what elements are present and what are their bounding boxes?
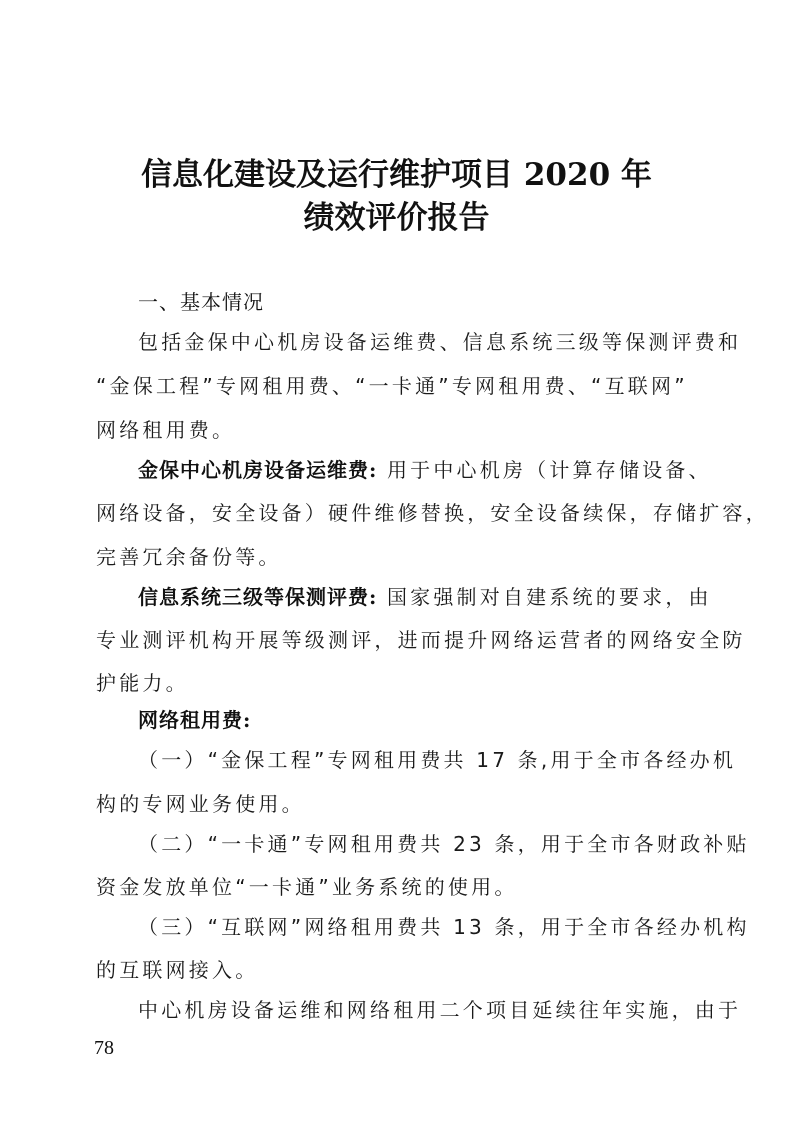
sub3-line-2: 的互联网接入。	[96, 956, 700, 984]
item2-paragraph-line-2: 专业测评机构开展等级测评，进而提升网络运营者的网络安全防	[96, 626, 700, 654]
item1-label: 金保中心机房设备运维费	[138, 458, 369, 482]
sub1-line-2: 构的专网业务使用。	[96, 790, 700, 818]
item3-colon: :	[243, 708, 251, 732]
intro-paragraph-line-2: “金保工程”专网租用费、“一卡通”专网租用费、“互联网”	[96, 372, 700, 400]
item1-paragraph-line-2: 网络设备，安全设备）硬件维修替换，安全设备续保，存储扩容，	[96, 499, 700, 527]
intro-paragraph-line-3: 网络租用费。	[96, 416, 700, 444]
item2-text: 国家强制对自建系统的要求，由	[377, 585, 711, 609]
sub1-line-1: （一）“金保工程”专网租用费共 17 条,用于全市各经办机	[138, 746, 700, 774]
page-number: 78	[94, 1036, 114, 1060]
item2-paragraph-line-3: 护能力。	[96, 669, 700, 697]
intro-paragraph-line-1: 包括金保中心机房设备运维费、信息系统三级等保测评费和	[138, 328, 700, 356]
item1-paragraph-line-1: 金保中心机房设备运维费: 用于中心机房（计算存储设备、	[138, 456, 700, 484]
document-page: 信息化建设及运行维护项目 2020 年 绩效评价报告 一、基本情况 包括金保中心…	[0, 0, 793, 1122]
item1-text: 用于中心机房（计算存储设备、	[377, 458, 711, 482]
sub2-line-1: （二）“一卡通”专网租用费共 23 条，用于全市各财政补贴	[138, 830, 700, 858]
item1-paragraph-line-3: 完善冗余备份等。	[96, 543, 700, 571]
sub3-line-1: （三）“互联网”网络租用费共 13 条，用于全市各经办机构	[138, 913, 700, 941]
closing-paragraph-line-1: 中心机房设备运维和网络租用二个项目延续往年实施，由于	[138, 996, 700, 1024]
document-title-line-1: 信息化建设及运行维护项目 2020 年	[0, 155, 793, 195]
item3-heading: 网络租用费:	[138, 706, 700, 734]
item3-label: 网络租用费	[138, 708, 243, 732]
item2-label: 信息系统三级等保测评费	[138, 585, 369, 609]
document-title-line-2: 绩效评价报告	[0, 198, 793, 238]
item2-paragraph-line-1: 信息系统三级等保测评费: 国家强制对自建系统的要求，由	[138, 583, 700, 611]
sub2-line-2: 资金发放单位“一卡通”业务系统的使用。	[96, 873, 700, 901]
section-heading-basic-info: 一、基本情况	[138, 288, 700, 316]
